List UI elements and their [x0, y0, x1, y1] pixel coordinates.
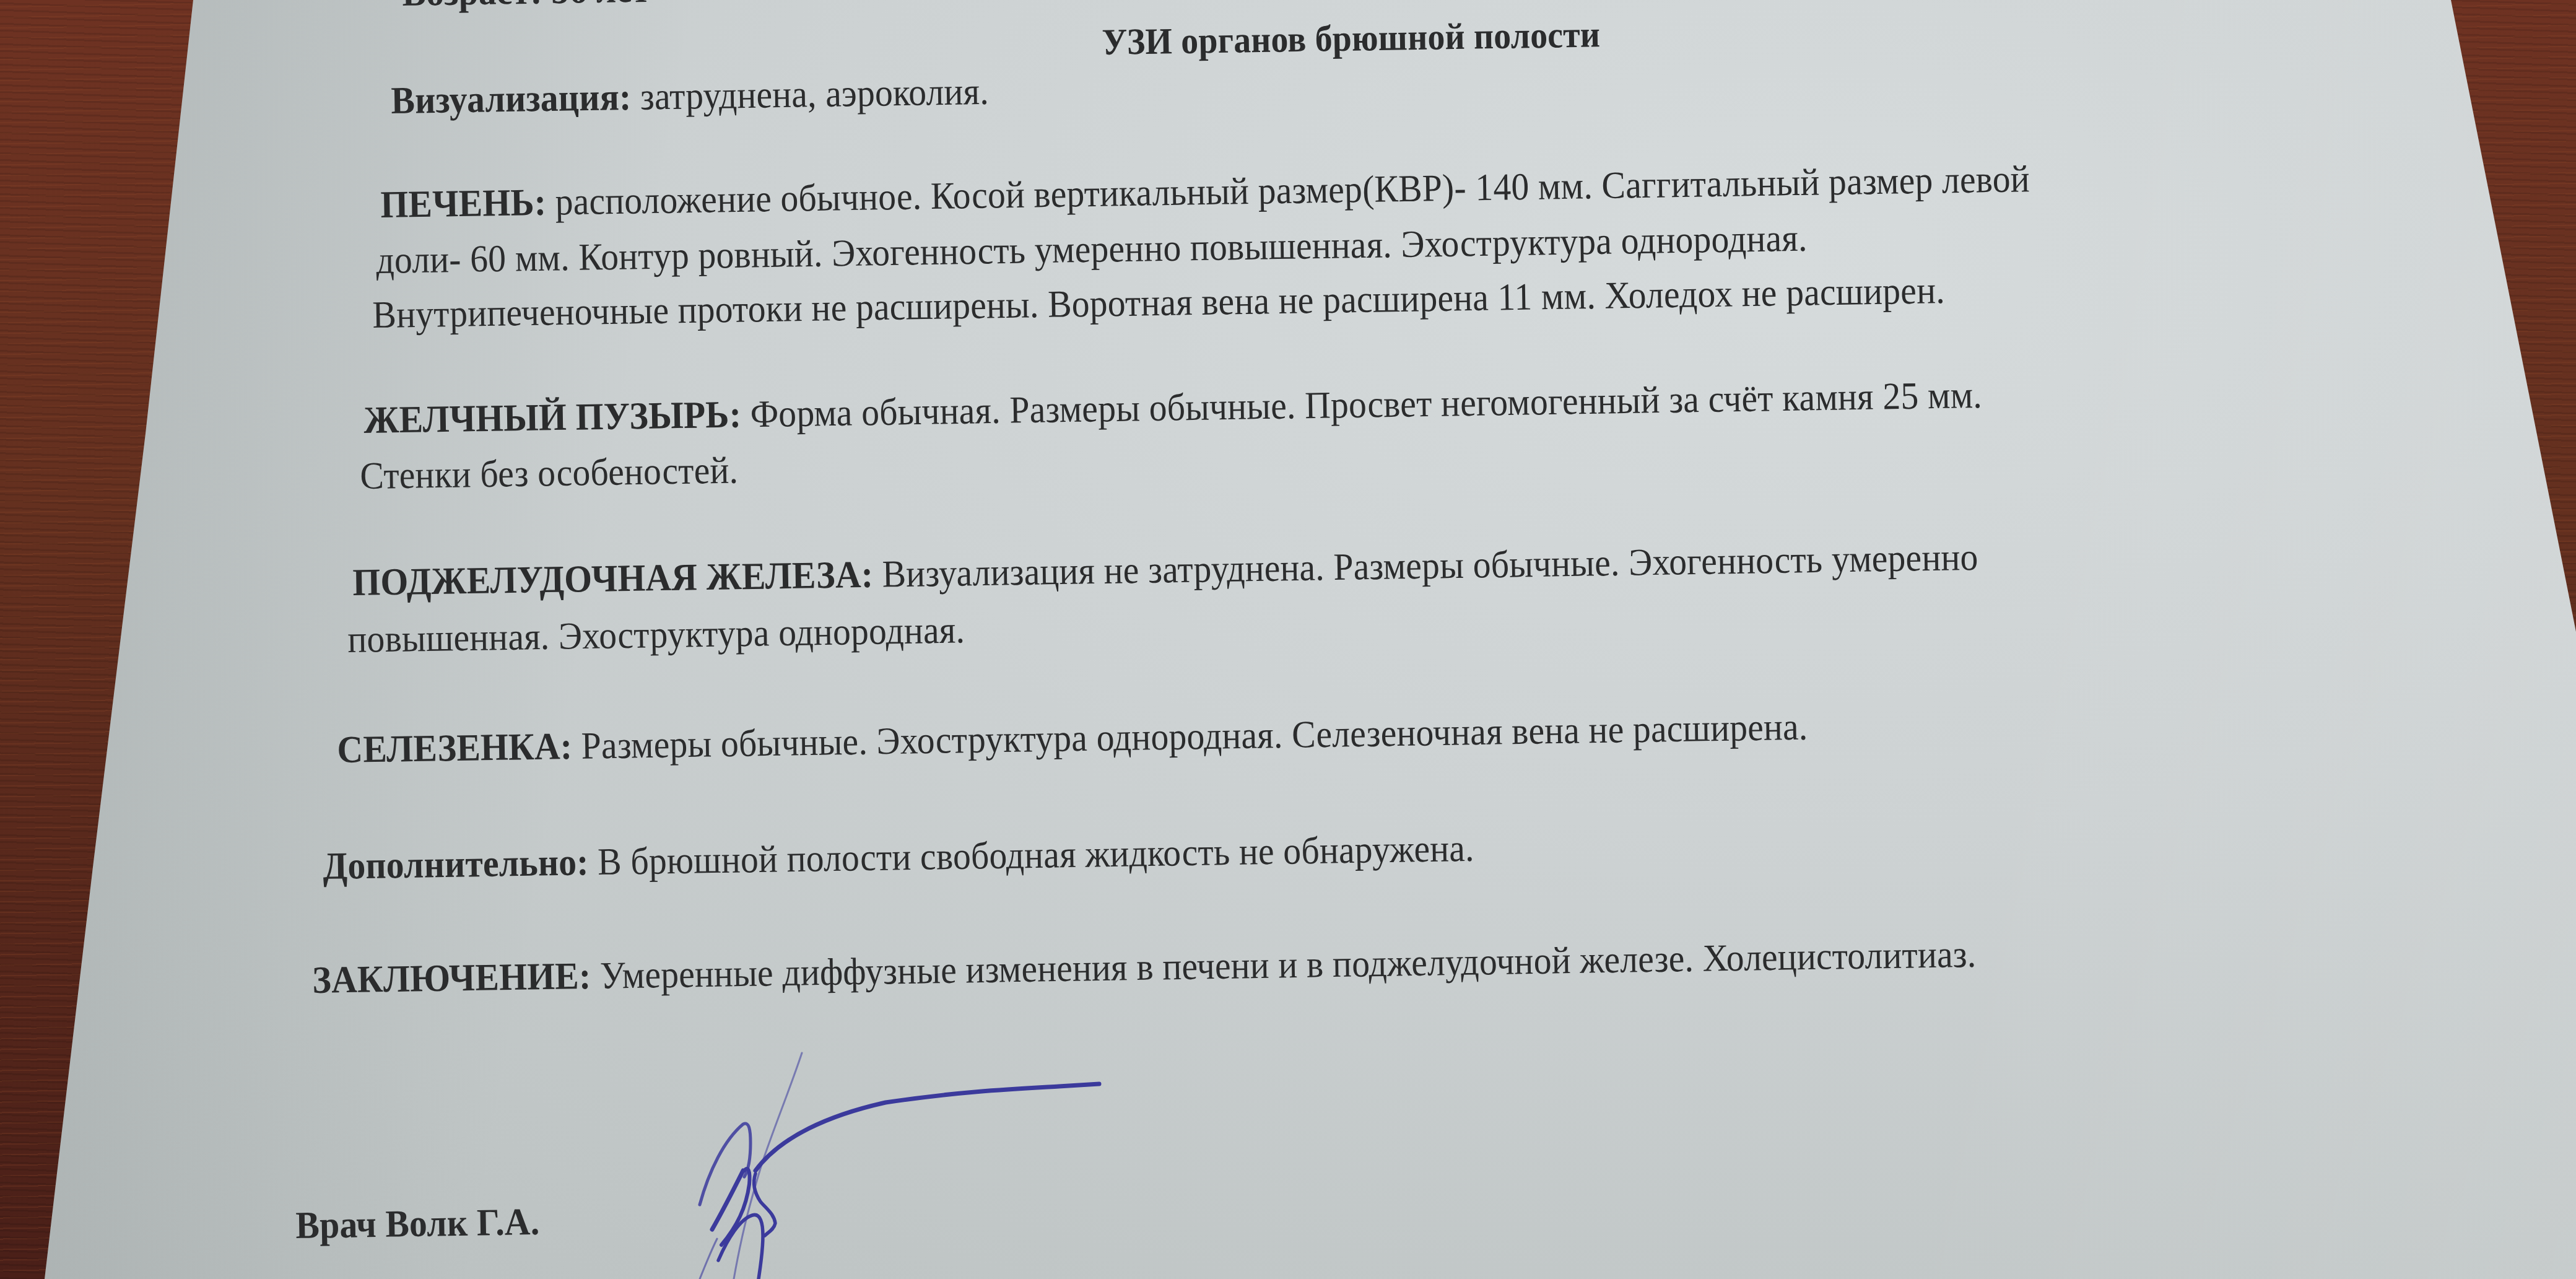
visualization-text: затруднена, аэроколия.: [640, 71, 989, 118]
partial-header-text: Возраст: 56 лет: [402, 0, 650, 14]
conclusion-text: Умеренные диффузные изменения в печени и…: [599, 933, 1977, 997]
conclusion-section: ЗАКЛЮЧЕНИЕ: Умеренные диффузные изменени…: [312, 935, 1977, 1000]
gallbladder-section-line-2: Стенки без особеностей.: [360, 451, 739, 495]
liver-label: ПЕЧЕНЬ:: [380, 181, 547, 226]
gallbladder-section-line-1: ЖЕЛЧНЫЙ ПУЗЫРЬ: Форма обычная. Размеры о…: [363, 376, 1982, 440]
additional-label: Дополнительно:: [323, 841, 589, 888]
pancreas-section-line-1: ПОДЖЕЛУДОЧНАЯ ЖЕЛЕЗА: Визуализация не за…: [352, 538, 1978, 602]
liver-text-line-3: Внутрипеченочные протоки не расширены. В…: [372, 269, 1945, 336]
visualization-section: Визуализация: затруднена, аэроколия.: [391, 72, 989, 120]
doctor-signature-line: Врач Волк Г.А.: [295, 1203, 540, 1245]
liver-section-line-2: доли- 60 мм. Контур ровный. Эхогенность …: [376, 219, 1808, 280]
spleen-section: СЕЛЕЗЕНКА: Размеры обычные. Эхоструктура…: [337, 708, 1808, 769]
spleen-text: Размеры обычные. Эхоструктура однородная…: [581, 706, 1808, 767]
pancreas-label: ПОДЖЕЛУДОЧНАЯ ЖЕЛЕЗА:: [352, 554, 874, 604]
conclusion-label: ЗАКЛЮЧЕНИЕ:: [312, 955, 591, 1002]
handwritten-signature-icon: [681, 1022, 1486, 1279]
gallbladder-label: ЖЕЛЧНЫЙ ПУЗЫРЬ:: [363, 393, 742, 442]
report-title-text: УЗИ органов брюшной полости: [1102, 14, 1601, 63]
partial-header-line: Возраст: 56 лет: [402, 0, 650, 12]
visualization-label: Визуализация:: [391, 76, 632, 122]
gallbladder-text-line-1: Форма обычная. Размеры обычные. Просвет …: [750, 374, 1982, 435]
liver-text-line-1: расположение обычное. Косой вертикальный…: [555, 158, 2030, 223]
report-title: УЗИ органов брюшной полости: [1102, 15, 1600, 61]
liver-section-line-3: Внутрипеченочные протоки не расширены. В…: [372, 271, 1945, 334]
spleen-label: СЕЛЕЗЕНКА:: [337, 725, 573, 771]
doctor-name: Врач Волк Г.А.: [295, 1201, 540, 1247]
additional-section: Дополнительно: В брюшной полости свободн…: [323, 829, 1474, 886]
additional-text: В брюшной полости свободная жидкость не …: [598, 827, 1474, 883]
pancreas-text-line-2: повышенная. Эхоструктура однородная.: [347, 609, 965, 661]
liver-text-line-2: доли- 60 мм. Контур ровный. Эхогенность …: [376, 217, 1808, 282]
pancreas-text-line-1: Визуализация не затруднена. Размеры обыч…: [882, 536, 1978, 596]
liver-section-line-1: ПЕЧЕНЬ: расположение обычное. Косой верт…: [380, 160, 2030, 224]
gallbladder-text-line-2: Стенки без особеностей.: [360, 449, 739, 497]
pancreas-section-line-2: повышенная. Эхоструктура однородная.: [347, 611, 965, 659]
ultrasound-report: Возраст: 56 лет УЗИ органов брюшной поло…: [0, 0, 2576, 1279]
